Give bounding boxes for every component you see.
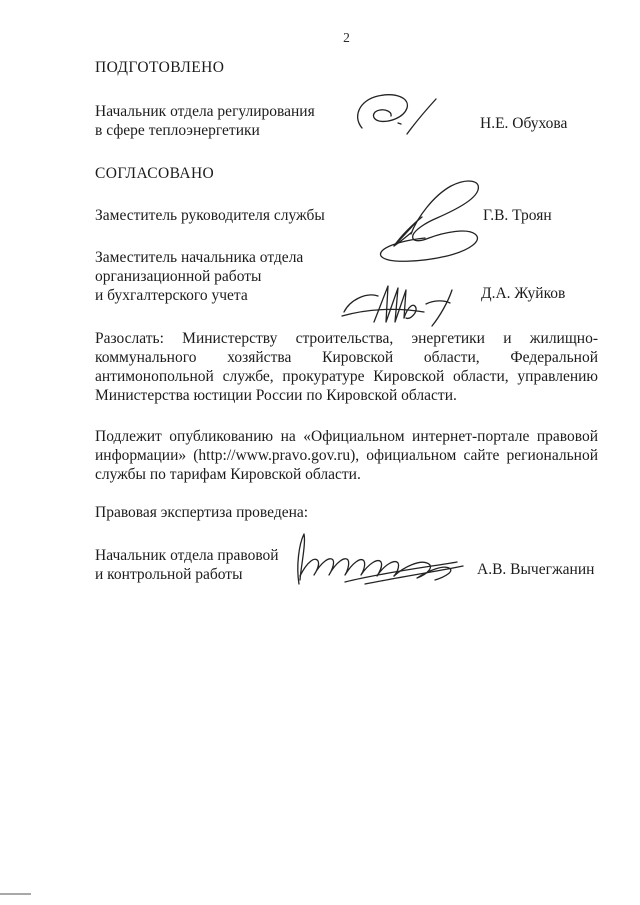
signature-troyan <box>375 178 493 270</box>
signature-obukhova <box>352 90 447 142</box>
title-line: и контрольной работы <box>95 565 279 584</box>
title-line: в сфере теплоэнергетики <box>95 121 315 140</box>
signatory-title-troyan: Заместитель руководителя службы <box>95 206 325 225</box>
signatory-title-obukhova: Начальник отдела регулирования в сфере т… <box>95 102 315 140</box>
document-page: 2 ПОДГОТОВЛЕНО Начальник отдела регулиро… <box>0 0 640 905</box>
title-line: Заместитель руководителя службы <box>95 206 325 225</box>
signatory-title-vychegzhanin: Начальник отдела правовой и контрольной … <box>95 546 279 584</box>
title-line: и бухгалтерского учета <box>95 286 303 305</box>
signatory-name-obukhova: Н.Е. Обухова <box>480 114 567 133</box>
heading-prepared: ПОДГОТОВЛЕНО <box>95 58 224 77</box>
signatory-name-zhuykov: Д.А. Жуйков <box>481 284 565 303</box>
scan-edge-mark <box>0 893 31 895</box>
title-line: Начальник отдела правовой <box>95 546 279 565</box>
signatory-title-zhuykov: Заместитель начальника отдела организаци… <box>95 248 303 305</box>
title-line: Заместитель начальника отдела <box>95 248 303 267</box>
signatory-name-troyan: Г.В. Троян <box>483 206 552 225</box>
title-line: Начальник отдела регулирования <box>95 102 315 121</box>
legal-review-note: Правовая экспертиза проведена: <box>95 503 308 522</box>
signature-vychegzhanin <box>285 532 475 587</box>
paragraph-publication: Подлежит опубликованию на «Официальном и… <box>95 427 598 484</box>
title-line: организационной работы <box>95 267 303 286</box>
heading-agreed: СОГЛАСОВАНО <box>95 164 214 183</box>
page-number: 2 <box>95 30 598 46</box>
signature-zhuykov <box>340 280 475 328</box>
signatory-name-vychegzhanin: А.В. Вычегжанин <box>477 560 594 579</box>
paragraph-distribution: Разослать: Министерству строительства, э… <box>95 329 598 405</box>
